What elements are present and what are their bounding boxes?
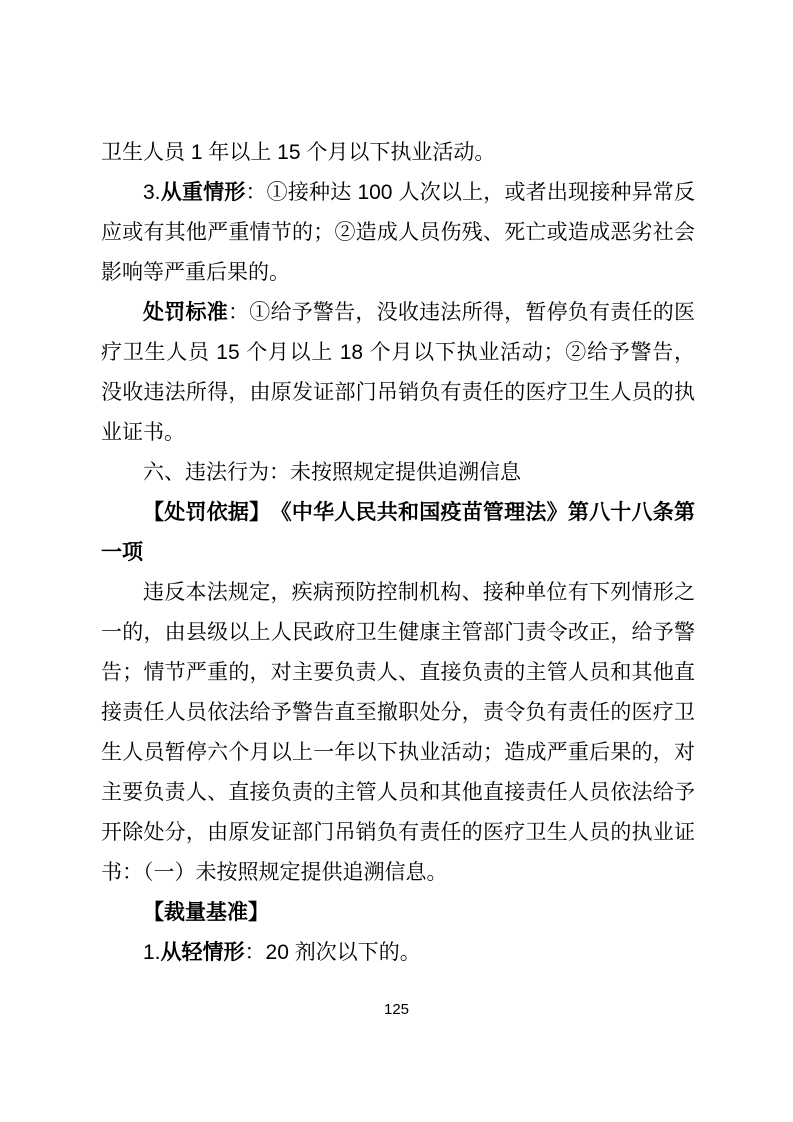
paragraph: 1.从轻情形：20 剂次以下的。: [101, 933, 695, 973]
page-number: 125: [384, 1001, 409, 1018]
text-run: 六、违法行为：未按照规定提供追溯信息: [143, 461, 521, 484]
bold-text-run: 【处罚依据】 《中华人民共和国疫苗管理法》第八十八条第一项: [101, 501, 695, 564]
text-run: ：20 剂次以下的。: [245, 941, 421, 964]
paragraph: 违反本法规定，疾病预防控制机构、接种单位有下列情形之一的，由县级以上人民政府卫生…: [101, 573, 695, 893]
bold-text-run: 【裁量基准】: [143, 901, 269, 924]
paragraph: 3.从重情形：①接种达 100 人次以上，或者出现接种异常反应或有其他严重情节的…: [101, 173, 695, 293]
paragraph: 【处罚依据】 《中华人民共和国疫苗管理法》第八十八条第一项: [101, 493, 695, 573]
bold-text-run: 从轻情形: [161, 941, 245, 964]
text-run: 违反本法规定，疾病预防控制机构、接种单位有下列情形之一的，由县级以上人民政府卫生…: [101, 581, 695, 884]
paragraph: 卫生人员 1 年以上 15 个月以下执业活动。: [101, 133, 695, 173]
document-page: 卫生人员 1 年以上 15 个月以下执业活动。3.从重情形：①接种达 100 人…: [0, 0, 793, 1122]
text-run: 3.: [143, 181, 161, 204]
paragraph: 六、违法行为：未按照规定提供追溯信息: [101, 453, 695, 493]
bold-text-run: 从重情形: [161, 181, 246, 204]
text-run: 1.: [143, 941, 161, 964]
document-body: 卫生人员 1 年以上 15 个月以下执业活动。3.从重情形：①接种达 100 人…: [101, 133, 695, 973]
text-run: 卫生人员 1 年以上 15 个月以下执业活动。: [101, 141, 495, 164]
bold-text-run: 处罚标准: [143, 301, 228, 324]
page-footer: 125: [0, 1000, 793, 1020]
paragraph: 【裁量基准】: [101, 893, 695, 933]
paragraph: 处罚标准：①给予警告，没收违法所得，暂停负有责任的医疗卫生人员 15 个月以上 …: [101, 293, 695, 453]
